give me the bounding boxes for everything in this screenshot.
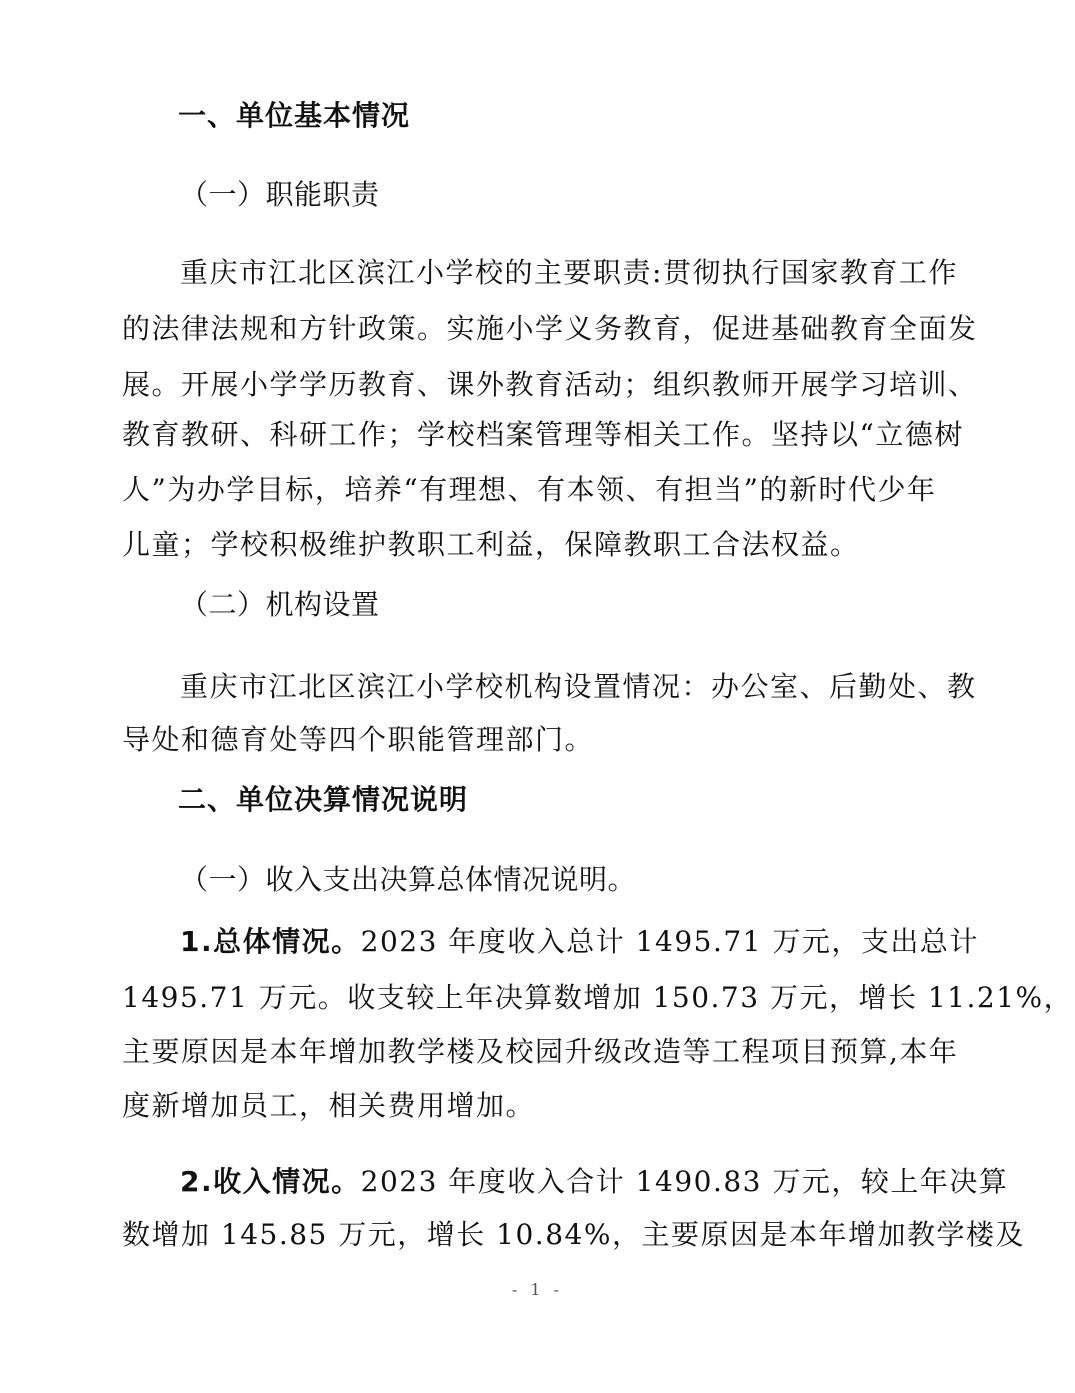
item-lead-income: 2.收入情况。 — [180, 1165, 361, 1198]
subheading-functions: （一）职能职责 — [180, 175, 380, 215]
paragraph-line: 度新增加员工，相关费用增加。 — [122, 1086, 535, 1126]
section-heading-basic-info: 一、单位基本情况 — [178, 96, 410, 136]
paragraph-line: 主要原因是本年增加教学楼及校园升级改造等工程项目预算,本年 — [122, 1032, 958, 1072]
paragraph-line: 的法律法规和方针政策。实施小学义务教育，促进基础教育全面发 — [122, 309, 978, 349]
paragraph-line: 重庆市江北区滨江小学校机构设置情况：办公室、后勤处、教 — [180, 667, 977, 707]
paragraph-line: 教育教研、科研工作；学校档案管理等相关工作。坚持以“立德树 — [122, 415, 964, 455]
subheading-income-expense-overview: （一）收入支出决算总体情况说明。 — [180, 860, 636, 900]
page-number: - 1 - — [0, 1280, 1075, 1299]
paragraph-line: 数增加 145.85 万元，增长 10.84%，主要原因是本年增加教学楼及 — [122, 1215, 1025, 1255]
paragraph-line: 儿童；学校积极维护教职工利益，保障教职工合法权益。 — [122, 525, 860, 565]
paragraph-line: 展。开展小学学历教育、课外教育活动；组织教师开展学习培训、 — [122, 365, 978, 405]
item-text: 2023 年度收入合计 1490.83 万元，较上年决算 — [361, 1165, 1009, 1198]
paragraph-line: 1.总体情况。2023 年度收入总计 1495.71 万元，支出总计 — [180, 922, 979, 962]
item-text: 2023 年度收入总计 1495.71 万元，支出总计 — [361, 925, 979, 958]
paragraph-line: 1495.71 万元。收支较上年决算数增加 150.73 万元，增长 11.21… — [122, 978, 1073, 1018]
paragraph-line: 重庆市江北区滨江小学校的主要职责:贯彻执行国家教育工作 — [180, 253, 958, 293]
item-lead-overall: 1.总体情况。 — [180, 925, 361, 958]
subheading-organization: （二）机构设置 — [180, 585, 380, 625]
document-page: 一、单位基本情况 （一）职能职责 重庆市江北区滨江小学校的主要职责:贯彻执行国家… — [0, 0, 1075, 1393]
paragraph-line: 2.收入情况。2023 年度收入合计 1490.83 万元，较上年决算 — [180, 1162, 1008, 1202]
paragraph-line: 导处和德育处等四个职能管理部门。 — [122, 720, 594, 760]
paragraph-line: 人”为办学目标，培养“有理想、有本领、有担当”的新时代少年 — [122, 470, 936, 510]
section-heading-final-accounts: 二、单位决算情况说明 — [178, 780, 468, 820]
